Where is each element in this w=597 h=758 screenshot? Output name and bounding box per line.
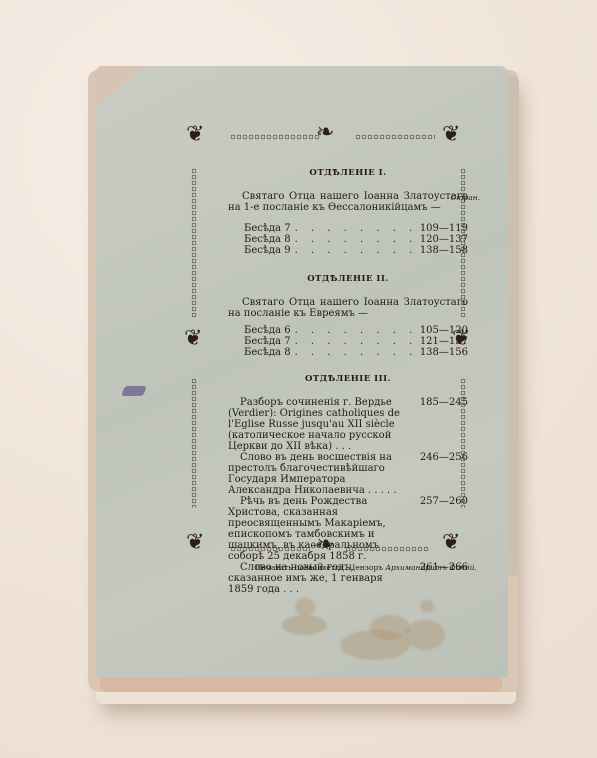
censor-approval: Печатать позволяется. Цензоръ Архимандри… [255,563,475,572]
toc-row: Бесѣда 8. . . . . . . . . . . . . . . .1… [228,234,468,245]
toc-row: Бесѣда 7. . . . . . . . . . . . . . . .1… [228,336,468,347]
section-title: ОТДѢЛЕНІЕ I. [228,168,468,179]
water-stain [295,598,315,616]
ink-mark [121,386,147,396]
water-stain [420,600,434,612]
floral-center-ornament-icon: ❧ [316,122,334,144]
frame-left-border [191,168,197,318]
page-bottom-edge [100,676,502,692]
section-2: ОТДѢЛЕНІЕ II. Святаго Отца нашего Іоанна… [228,274,468,358]
water-stain [370,615,410,640]
page-column-heading: Стран. [437,192,480,203]
section-1: ОТДѢЛЕНІЕ I. Святаго Отца нашего Іоанна … [228,168,468,256]
toc-entry: Разборъ сочиненія г. Вердье (Verdier): O… [228,397,468,452]
table-of-contents: ОТДѢЛЕНІЕ I. Святаго Отца нашего Іоанна … [228,168,468,595]
frame-left-border [191,378,197,508]
frame-top-border [230,134,320,140]
toc-entry: Рѣчь въ день Рождества Христова, сказанн… [228,496,468,562]
toc-row: Бесѣда 8. . . . . . . . . . . . . . . .1… [228,347,468,358]
censor-text: Печатать позволяется. Цензоръ [255,563,383,572]
section-description: Святаго Отца нашего Іоанна Златоустаго н… [228,297,468,319]
censor-name: Архимандритъ Фотій. [385,563,477,572]
frame-top-border [355,134,435,140]
toc-row: Бесѣда 9. . . . . . . . . . . . . . . .1… [228,245,468,256]
water-stain [282,615,327,635]
floral-corner-ornament-icon: ❦ [442,124,460,146]
floral-corner-ornament-icon: ❦ [186,532,204,554]
section-title: ОТДѢЛЕНІЕ III. [228,374,468,385]
section-description: Святаго Отца нашего Іоанна Златоустаго н… [228,191,468,213]
toc-entry: Слово въ день восшествія на престолъ бла… [228,452,468,496]
water-stain [405,620,445,650]
section-title: ОТДѢЛЕНІЕ II. [228,274,468,285]
floral-side-ornament-icon: ❦ [184,328,202,350]
section-3: ОТДѢЛЕНІЕ III. Разборъ сочиненія г. Верд… [228,374,468,595]
toc-row: Бесѣда 6. . . . . . . . . . . . . . . .1… [228,325,468,336]
description-text: Святаго Отца нашего Іоанна Златоустаго н… [228,191,468,213]
toc-row: Бесѣда 7. . . . . . . . . . . . . . . .1… [228,223,468,234]
floral-corner-ornament-icon: ❦ [186,124,204,146]
